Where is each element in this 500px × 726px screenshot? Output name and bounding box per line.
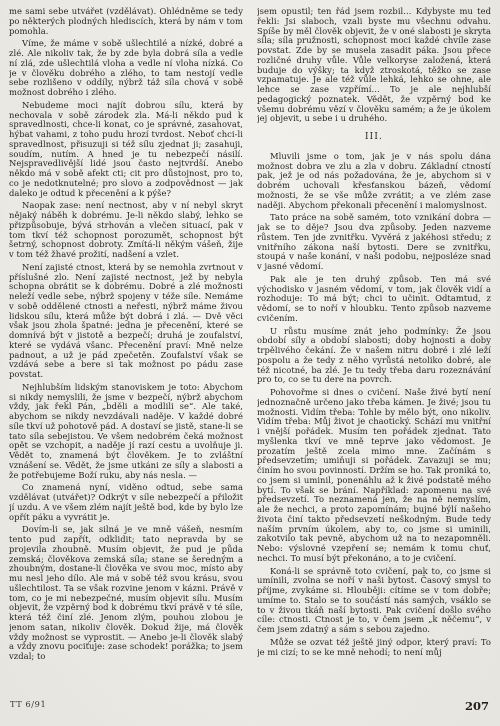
left-column: me sami sebe utvářet (vzdělávat). Ohlédn…	[9, 7, 243, 689]
paragraph: Víme, že máme v sobě ušlechtilé a nízké,…	[9, 39, 243, 98]
paragraph: Nebudeme moci najít dobrou sílu, která b…	[9, 101, 243, 199]
paragraph: Naopak zase: není nectnost, aby v ní neb…	[9, 201, 243, 260]
paragraph: Může se ozvat též ještě jiný odpor, kter…	[257, 638, 491, 658]
right-column: jsem opustil; ten řád jsem rozbil... Kdy…	[257, 7, 491, 689]
page-number: 207	[465, 699, 489, 713]
paragraph: Koná-li se správně toto cvičení, pak to,…	[257, 567, 491, 635]
text-columns: me sami sebe utvářet (vzdělávat). Ohlédn…	[9, 7, 491, 689]
journal-issue-label: TT 6/91	[10, 699, 46, 709]
section-heading-iii: III.	[257, 133, 491, 143]
paragraph: Dovím-li se, jak silná je ve mně vášeň, …	[9, 525, 243, 662]
paragraph: Pohovořme si dnes o cvičení. Naše živé b…	[257, 388, 491, 564]
paragraph: U růstu musíme znát jeho podmínky: Že js…	[257, 327, 491, 386]
paragraph: Není zajisté ctnost, která by se nemohla…	[9, 263, 243, 380]
paragraph: Tato práce na sobě samém, toto vznikání …	[257, 213, 491, 272]
paragraph: Pak ale je ten druhý způsob. Ten má své …	[257, 275, 491, 324]
paragraph: Nejhlubším lidským stanoviskem je toto: …	[9, 383, 243, 481]
scanned-document-page: me sami sebe utvářet (vzdělávat). Ohlédn…	[0, 0, 500, 726]
paragraph: Co znamená nyní, viděno odtud, sebe sama…	[9, 483, 243, 522]
paragraph: Mluvili jsme o tom, jak je v nás spolu d…	[257, 152, 491, 211]
paragraph: jsem opustil; ten řád jsem rozbil... Kdy…	[257, 7, 491, 124]
paragraph: me sami sebe utvářet (vzdělávat). Ohlédn…	[9, 7, 243, 36]
